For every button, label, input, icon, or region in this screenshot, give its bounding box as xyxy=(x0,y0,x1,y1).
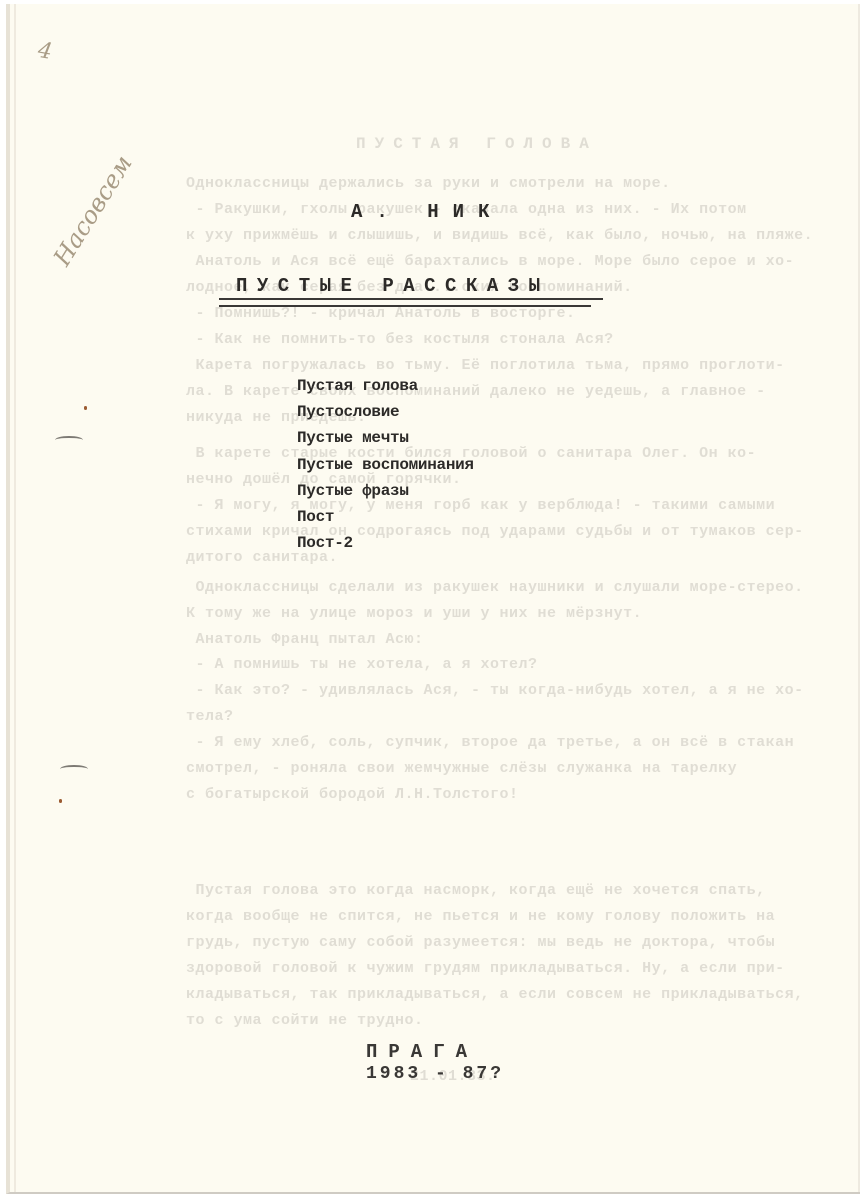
bleed-through-line: грудь, пустую саму собой разумеется: мы … xyxy=(186,934,775,951)
bleed-through-line: Одноклассницы держались за руки и смотре… xyxy=(186,175,671,192)
rust-speck xyxy=(84,406,87,410)
bleed-through-line: Анатоль Франц пытал Асю: xyxy=(186,631,424,648)
bleed-through-line: то с ума сойти не трудно. xyxy=(186,1012,424,1029)
bleed-through-line: здоровой головой к чужим грудям приклады… xyxy=(186,960,785,977)
contents-item: Пост-2 xyxy=(297,530,474,556)
bleed-through-line: к уху прижмёшь и слышишь, и видишь всё, … xyxy=(186,227,813,244)
bleed-through-line: - Помнишь?! - кричал Анатоль в восторге. xyxy=(186,305,576,322)
bleed-through-line: Карета погружалась во тьму. Её поглотила… xyxy=(186,357,785,374)
bleed-through-line: - Я ему хлеб, соль, супчик, второе да тр… xyxy=(186,734,794,751)
bleed-through-line: Анатоль и Ася всё ещё барахтались в море… xyxy=(186,253,794,270)
collection-title: ПУСТЫЕ РАССКАЗЫ xyxy=(236,275,550,297)
contents-item: Пустая голова xyxy=(297,373,474,399)
bleed-through-line: - А помнишь ты не хотела, а я хотел? xyxy=(186,656,538,673)
title-underline xyxy=(219,298,603,300)
title-underline-second xyxy=(219,305,591,307)
contents-item: Пустословие xyxy=(297,399,474,425)
author-name: А. НИК xyxy=(351,201,503,223)
bleed-through-line: - Как не помнить-то без костыля стонала … xyxy=(186,331,614,348)
place-name: ПРАГА xyxy=(366,1041,478,1063)
bleed-through-line: стихами кричал он содрогаясь под ударами… xyxy=(186,523,804,540)
bleed-through-line: кладываться, так прикладываться, а если … xyxy=(186,986,804,1003)
bleed-through-line: тела? xyxy=(186,708,234,725)
contents-list: Пустая голова Пустословие Пустые мечты П… xyxy=(297,373,474,556)
contents-item: Пост xyxy=(297,504,474,530)
punch-hole-mark xyxy=(60,765,88,773)
contents-item: Пустые фразы xyxy=(297,478,474,504)
punch-hole-mark xyxy=(55,436,83,444)
bleed-through-line: когда вообще не спится, не пьется и не к… xyxy=(186,908,775,925)
bleed-through-line: с богатырской бородой Л.Н.Толстого! xyxy=(186,786,519,803)
bleed-through-line: ла. В карете своих воспоминаний далеко н… xyxy=(186,383,766,400)
bleed-through-line: К тому же на улице мороз и уши у них не … xyxy=(186,605,642,622)
bleed-through-line: смотрел, - роняла свои жемчужные слёзы с… xyxy=(186,760,737,777)
bleed-through-title: ПУСТАЯ ГОЛОВА xyxy=(356,135,598,153)
bleed-through-line: Пустая голова это когда насморк, когда е… xyxy=(186,882,766,899)
handwritten-note: Насовсем xyxy=(48,150,138,271)
contents-item: Пустые мечты xyxy=(297,425,474,451)
bleed-through-line: - Как это? - удивлялась Ася, - ты когда-… xyxy=(186,682,804,699)
contents-item: Пустые воспоминания xyxy=(297,452,474,478)
typewritten-page: ПУСТАЯ ГОЛОВА Одноклассницы держались за… xyxy=(6,4,860,1194)
bleed-through-line: Одноклассницы сделали из ракушек наушник… xyxy=(186,579,804,596)
bleed-through-line: - Я могу, я могу, у меня горб как у верб… xyxy=(186,497,775,514)
years-range: 1983 - 87? xyxy=(366,1064,504,1084)
rust-speck xyxy=(59,799,62,803)
handwritten-page-mark: 4 xyxy=(36,38,54,65)
